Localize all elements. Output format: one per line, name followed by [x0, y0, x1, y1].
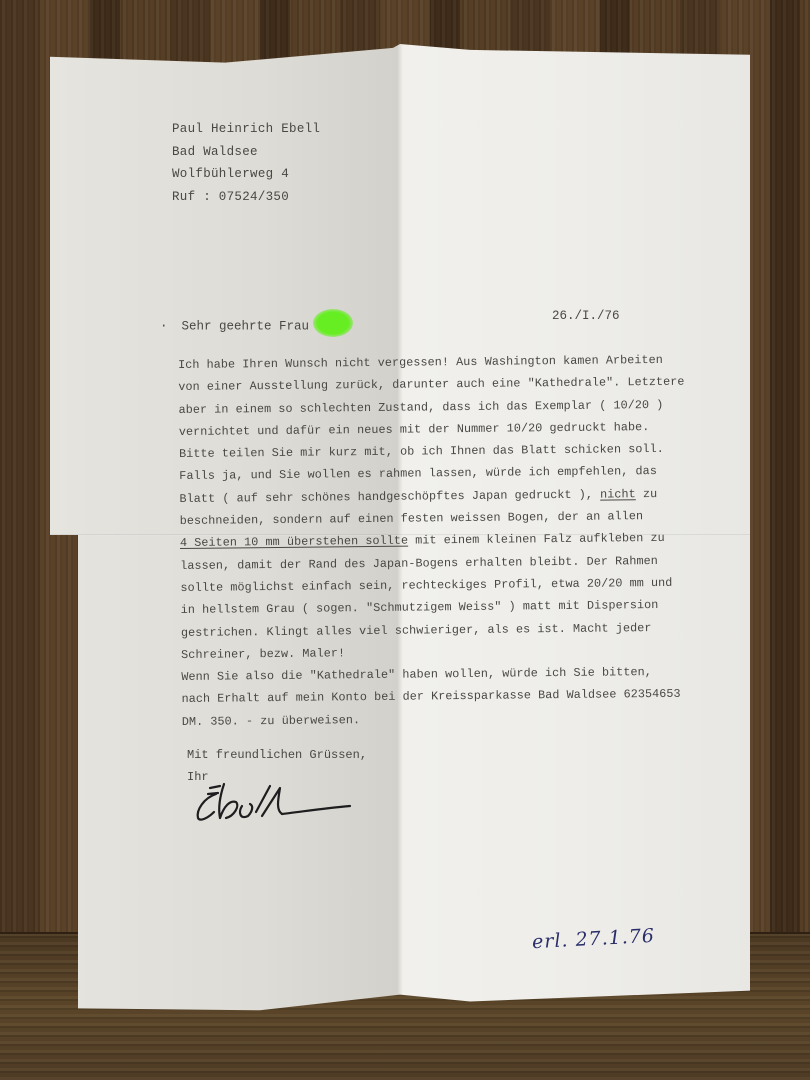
salutation-bullet: · [160, 319, 168, 333]
sender-street: Wolfbühlerweg 4 [172, 163, 320, 186]
salutation-line: ·Sehr geehrte Frau [160, 315, 353, 337]
signature-icon [190, 776, 360, 826]
sender-address-block: Paul Heinrich Ebell Bad Waldsee Wolfbühl… [172, 118, 320, 208]
closing-greeting: Mit freundlichen Grüssen, [187, 744, 367, 766]
letter-body-line: DM. 350. - zu überweisen. [182, 705, 702, 733]
handwritten-signature [190, 776, 360, 831]
sender-city: Bad Waldsee [172, 141, 320, 164]
letter-paper: Paul Heinrich Ebell Bad Waldsee Wolfbühl… [50, 44, 750, 1026]
salutation: Sehr geehrte Frau [182, 319, 310, 333]
underlined-text: nicht [600, 487, 636, 501]
sender-phone: Ruf : 07524/350 [172, 186, 320, 209]
letter-body: Ich habe Ihren Wunsch nicht vergessen! A… [178, 349, 702, 733]
letter-content: Paul Heinrich Ebell Bad Waldsee Wolfbühl… [50, 44, 750, 1026]
letter-date: 26./I./76 [552, 309, 620, 323]
handwritten-note: erl. 27.1.76 [532, 925, 656, 953]
redaction-blob [313, 309, 353, 337]
underlined-text: 4 Seiten 10 mm überstehen sollte [180, 534, 408, 550]
sender-name: Paul Heinrich Ebell [172, 118, 320, 141]
